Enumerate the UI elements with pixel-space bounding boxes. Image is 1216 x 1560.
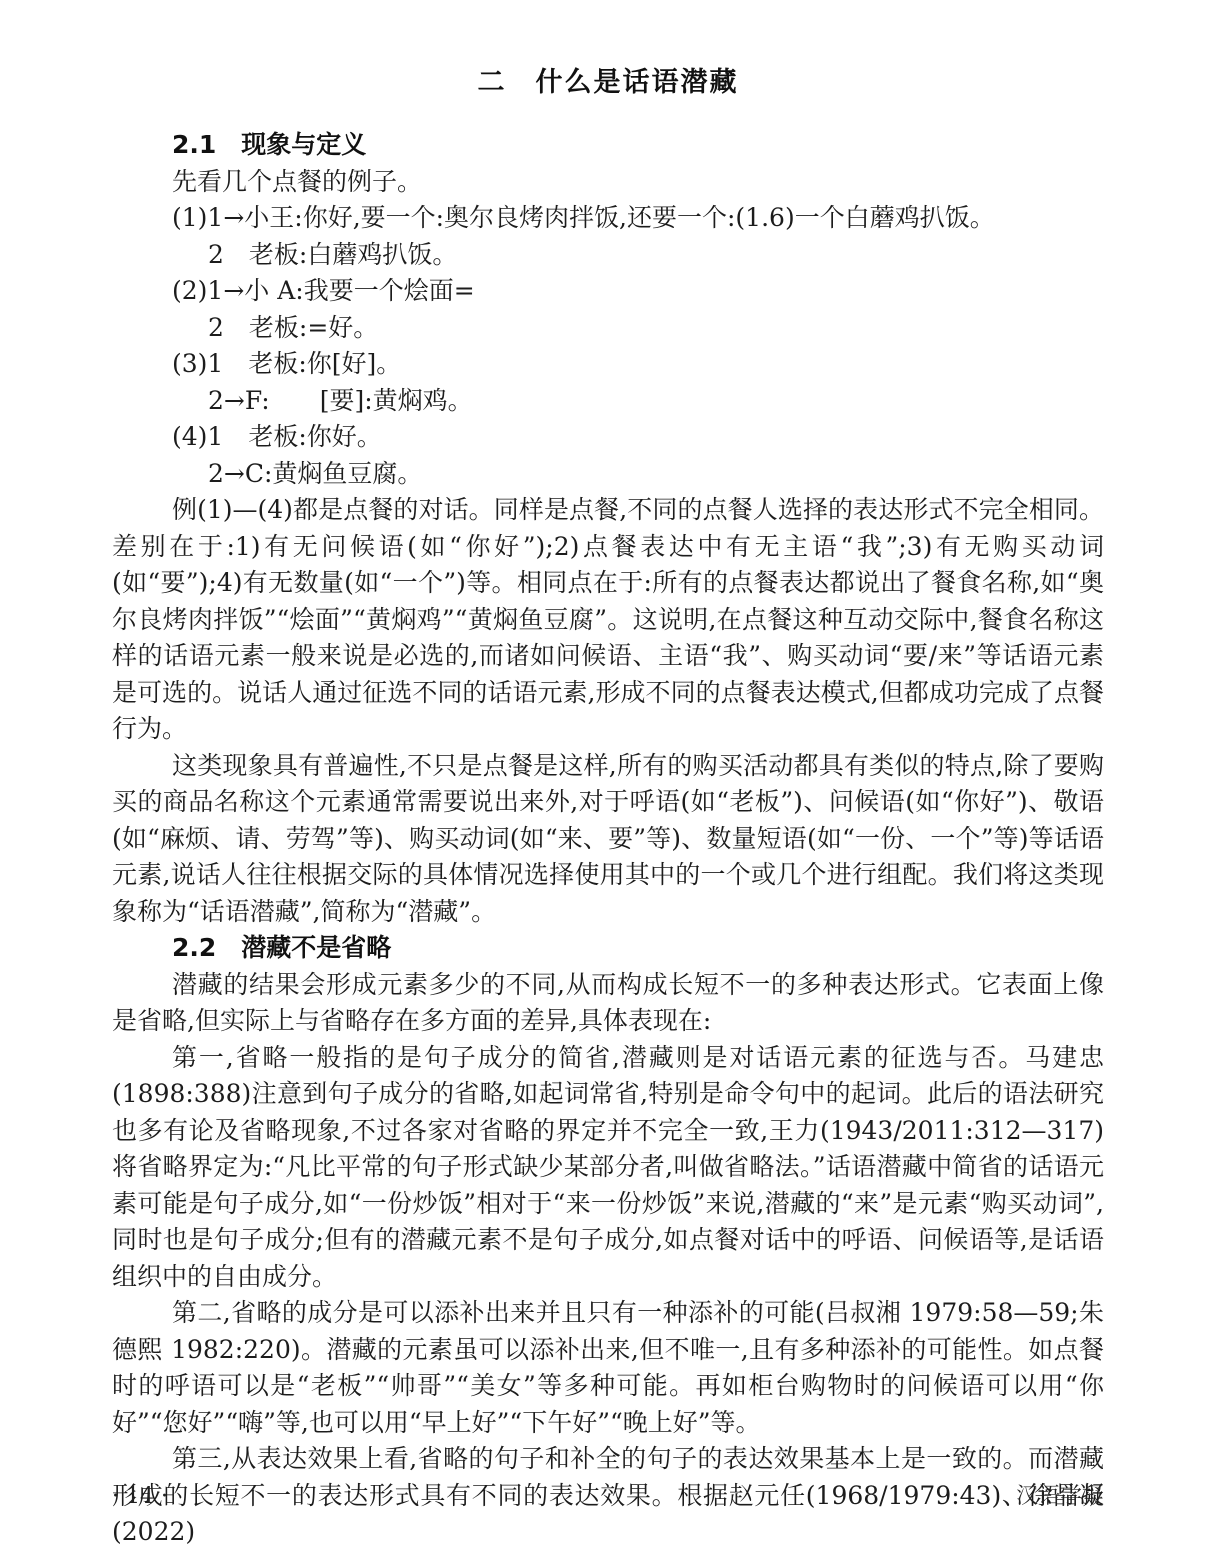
dialogue-examples: (1)1→小王:你好,要一个:奥尔良烤肉拌饭,还要一个:(1.6)一个白蘑鸡扒饭…: [112, 200, 1104, 492]
example-line: 2→F: [要]:黄焖鸡。: [112, 383, 1104, 420]
page-content: 二 什么是话语潜藏 2.1 现象与定义 先看几个点餐的例子。 (1)1→小王:你…: [0, 0, 1216, 1551]
intro-line: 先看几个点餐的例子。: [112, 164, 1104, 201]
example-line: 2→C:黄焖鱼豆腐。: [112, 456, 1104, 493]
example-line: (3)1 老板:你[好]。: [112, 346, 1104, 383]
heading-2-1: 2.1 现象与定义: [112, 127, 1104, 164]
page-footer: · 14 · 汉语学报: [112, 1482, 1104, 1512]
example-line: (1)1→小王:你好,要一个:奥尔良烤肉拌饭,还要一个:(1.6)一个白蘑鸡扒饭…: [112, 200, 1104, 237]
paragraph: 潜藏的结果会形成元素多少的不同,从而构成长短不一的多种表达形式。它表面上像是省略…: [112, 967, 1104, 1040]
page-number: · 14 ·: [112, 1482, 168, 1512]
example-line: (4)1 老板:你好。: [112, 419, 1104, 456]
section-title: 二 什么是话语潜藏: [112, 64, 1104, 101]
example-line: 2 老板:白蘑鸡扒饭。: [112, 237, 1104, 274]
example-line: (2)1→小 A:我要一个烩面=: [112, 273, 1104, 310]
paragraph: 第一,省略一般指的是句子成分的简省,潜藏则是对话语元素的征选与否。马建忠(189…: [112, 1040, 1104, 1296]
heading-2-2: 2.2 潜藏不是省略: [112, 930, 1104, 967]
journal-name: 汉语学报: [1016, 1482, 1104, 1512]
paragraph: 例(1)—(4)都是点餐的对话。同样是点餐,不同的点餐人选择的表达形式不完全相同…: [112, 492, 1104, 748]
journal-page: 二 什么是话语潜藏 2.1 现象与定义 先看几个点餐的例子。 (1)1→小王:你…: [0, 0, 1216, 1560]
paragraph: 第二,省略的成分是可以添补出来并且只有一种添补的可能(吕叔湘 1979:58—5…: [112, 1295, 1104, 1441]
example-line: 2 老板:=好。: [112, 310, 1104, 347]
paragraph: 这类现象具有普遍性,不只是点餐是这样,所有的购买活动都具有类似的特点,除了要购买…: [112, 748, 1104, 931]
